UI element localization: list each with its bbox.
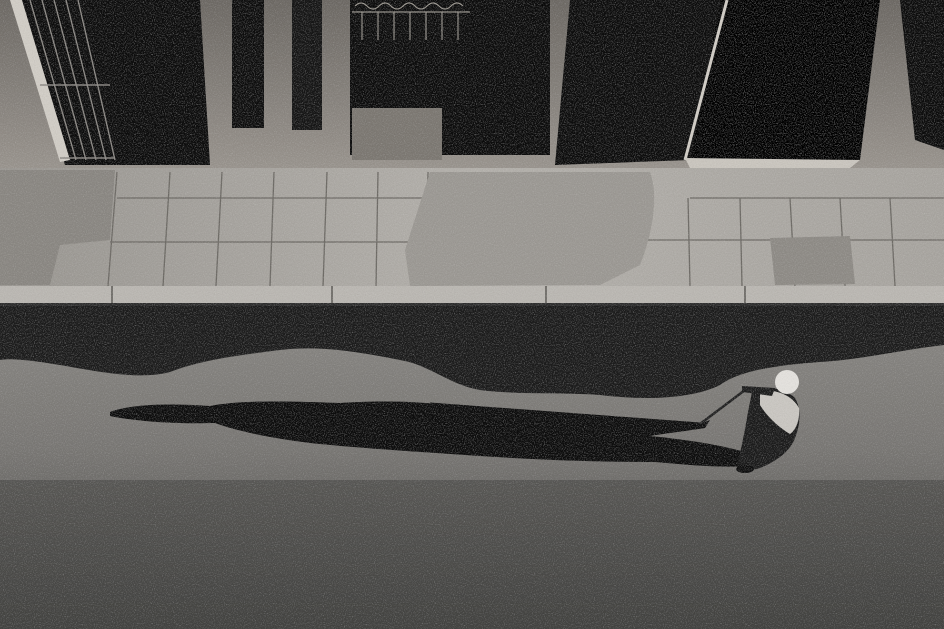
broken-pavement-patch [770, 236, 855, 285]
photo-canvas [0, 0, 944, 629]
street-photo [0, 0, 944, 629]
pilaster-shadow [232, 0, 264, 128]
road-lower [0, 480, 944, 629]
grilled-doorway-center [350, 0, 550, 160]
curb-edge [0, 303, 944, 306]
pedestrian-shoe [736, 465, 754, 473]
pilaster-shadow [292, 0, 322, 130]
doorway-right-2 [690, 0, 880, 160]
curb [0, 286, 944, 305]
pedestrian-head [775, 370, 799, 394]
broken-pavement-patch [405, 172, 654, 286]
